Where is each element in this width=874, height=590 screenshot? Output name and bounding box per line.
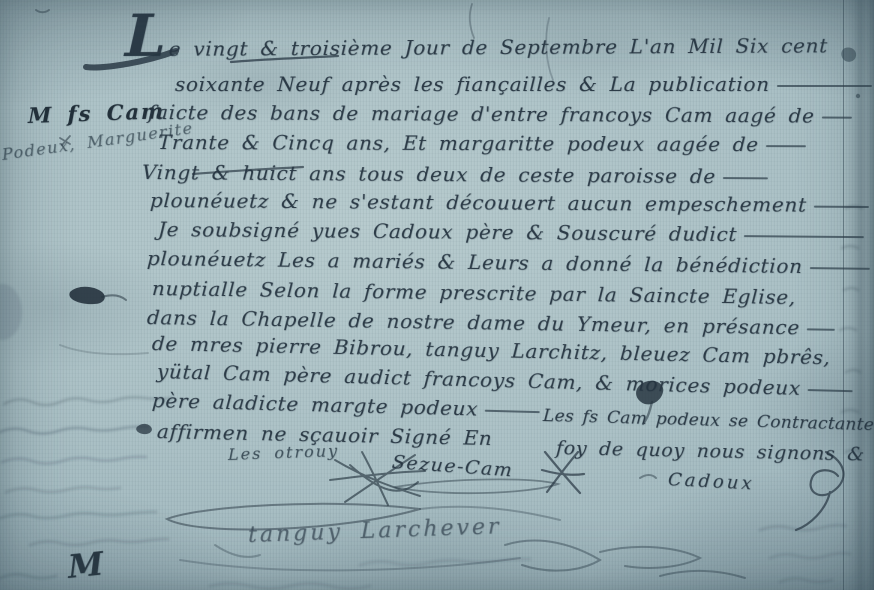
bleedthrough-mark (2, 457, 146, 464)
bottom-right-squiggle (600, 547, 745, 578)
bleedthrough-mark (760, 525, 846, 530)
bleedthrough-mark (210, 584, 370, 589)
margin-note-groom: M fs Cam (28, 99, 165, 127)
manuscript-line: père aladicte margte podeux (151, 389, 541, 421)
signature-cam: Sezue-Cam (391, 452, 514, 481)
manuscript-line: soixante Neuf après les fiançailles & La… (175, 73, 873, 95)
line-lead-blot (136, 424, 152, 434)
bleedthrough-mark (4, 397, 172, 405)
margin-faint-squiggle (60, 345, 148, 354)
small-pen-mark (640, 475, 656, 478)
margin-ink-blot-tail (102, 295, 126, 300)
manuscript-line: Trante & Cincq ans, Et margaritte podeux… (158, 131, 807, 155)
corner-pen-mark (36, 10, 49, 12)
manuscript-line: plounéuetz Les a mariés & Leurs a donné … (146, 247, 870, 278)
edge-smudge (841, 47, 856, 61)
manuscript-line: Les fs Cam podeux se Contractante (542, 407, 874, 435)
bleedthrough-mark (0, 574, 56, 578)
manuscript-line: Je soubsigné yues Cadoux père & Souscuré… (158, 218, 865, 246)
bleedthrough-mark (360, 559, 530, 565)
bleedthrough-mark (770, 553, 850, 558)
bottom-margin-mark: M (67, 546, 105, 585)
signature-tanguy-larcher: tanguy Larchever (248, 515, 501, 548)
manuscript-line: foy de quoy nous signons & (555, 438, 865, 465)
bleedthrough-mark (0, 427, 148, 434)
signature-underline-flourish (395, 479, 558, 493)
bleedthrough-mark (780, 578, 832, 582)
manuscript-line: nuptialle Selon la forme prescrite par l… (151, 277, 796, 308)
manuscript-line: Le vingt & troisième Jour de Septembre L… (125, 32, 829, 60)
bleedthrough-mark (0, 512, 156, 518)
manuscript-line: faicte des bans de mariage d'entre franc… (148, 101, 853, 127)
tanguy-underline-flourish (180, 558, 520, 570)
pen-trial-stroke (470, 4, 474, 38)
signature-witness: Les otrouy (228, 442, 339, 463)
tanguy-tail-flourish (505, 541, 600, 571)
manuscript-line: plounéuetz & ne s'estant découuert aucun… (150, 189, 870, 216)
manuscript-line: Vingt & huict ans tous deux de ceste par… (142, 161, 769, 187)
bleedthrough-mark (6, 487, 120, 492)
bleedthrough-blob (0, 284, 22, 340)
signature-cadoux: Cadoux (667, 470, 755, 494)
manuscript-page: M fs Cam Podeux, Marguerite Le vingt & t… (0, 0, 874, 590)
margin-ink-blot (69, 287, 104, 304)
